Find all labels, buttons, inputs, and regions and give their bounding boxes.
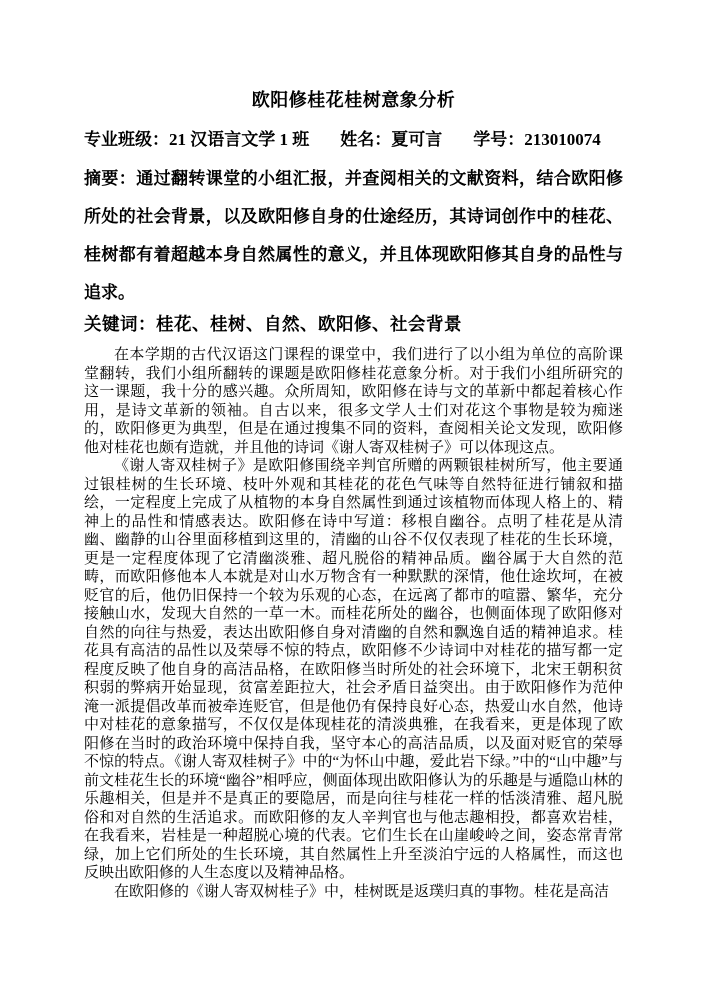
- student-id: 学号：213010074: [473, 128, 601, 152]
- document-body: 在本学期的古代汉语这门课程的课堂中，我们进行了以小组为单位的高阶课堂翻转，我们小…: [84, 346, 623, 901]
- student-class: 专业班级：21 汉语言文学 1 班: [84, 128, 309, 152]
- abstract-paragraph: 摘要：通过翻转课堂的小组汇报，并查阅相关的文献资料，结合欧阳修所处的社会背景，以…: [84, 160, 623, 312]
- keywords-line: 关键词：桂花、桂树、自然、欧阳修、社会背景: [84, 312, 623, 336]
- document-title: 欧阳修桂花桂树意象分析: [84, 88, 623, 112]
- body-paragraph: 在欧阳修的《谢人寄双树桂子》中，桂树既是返璞归真的事物。桂花是高洁: [84, 883, 623, 902]
- student-name: 姓名：夏可言: [340, 128, 442, 152]
- body-paragraph: 在本学期的古代汉语这门课程的课堂中，我们进行了以小组为单位的高阶课堂翻转，我们小…: [84, 346, 623, 457]
- student-info-line: 专业班级：21 汉语言文学 1 班 姓名：夏可言 学号：213010074: [84, 128, 623, 152]
- document-page: 欧阳修桂花桂树意象分析 专业班级：21 汉语言文学 1 班 姓名：夏可言 学号：…: [84, 0, 623, 901]
- body-paragraph: 《谢人寄双桂树子》是欧阳修围绕辛判官所赠的两颗银桂树所写，他主要通过银桂树的生长…: [84, 457, 623, 883]
